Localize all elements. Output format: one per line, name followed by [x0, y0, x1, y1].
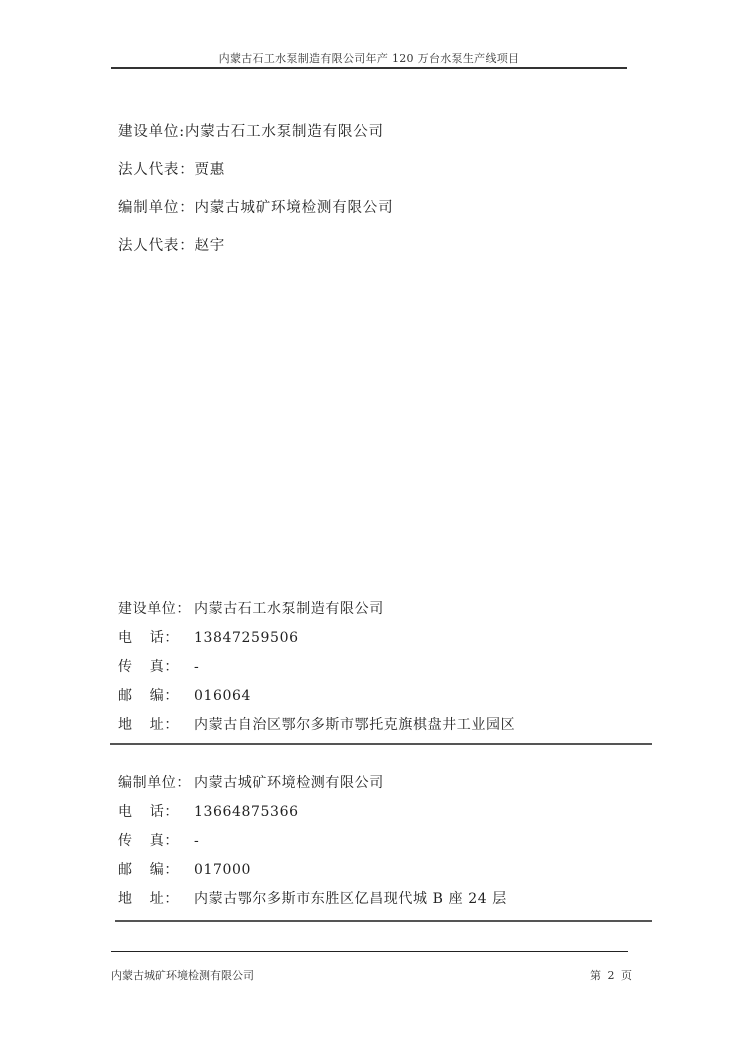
phone-row: 电话：13847259506 [118, 627, 515, 656]
header-divider [111, 67, 627, 69]
fax-value: - [194, 833, 199, 849]
section-divider-2 [115, 920, 652, 922]
unit-name-row: 编制单位：内蒙古城矿环境检测有限公司 [118, 772, 507, 801]
legal-rep-construction-line: 法人代表：贾惠 [118, 159, 393, 197]
footer-divider [111, 951, 628, 952]
label: 法人代表： [118, 238, 195, 254]
postcode-value: 016064 [194, 688, 251, 704]
postcode-value: 017000 [194, 862, 251, 878]
page-header-title: 内蒙古石工水泵制造有限公司年产 120 万台水泵生产线项目 [111, 50, 627, 66]
section-divider [110, 743, 652, 745]
label: 邮编： [118, 859, 179, 881]
legal-rep-preparing-line: 法人代表：赵宇 [118, 235, 393, 273]
responsible-parties: 建设单位:内蒙古石工水泵制造有限公司 法人代表：贾惠 编制单位：内蒙古城矿环境检… [118, 121, 393, 273]
value: 内蒙古城矿环境检测有限公司 [195, 200, 394, 216]
preparing-unit-contact: 编制单位：内蒙古城矿环境检测有限公司 电话：13664875366 传真：- 邮… [118, 772, 507, 917]
fax-row: 传真：- [118, 656, 515, 685]
label: 编制单位： [118, 772, 194, 794]
address-value: 内蒙古自治区鄂尔多斯市鄂托克旗棋盘井工业园区 [194, 717, 515, 733]
phone-value: 13664875366 [194, 804, 299, 820]
value: 内蒙古城矿环境检测有限公司 [194, 775, 384, 791]
address-value: 内蒙古鄂尔多斯市东胜区亿昌现代城 B 座 24 层 [194, 891, 507, 907]
phone-row: 电话：13664875366 [118, 801, 507, 830]
address-row: 地址：内蒙古自治区鄂尔多斯市鄂托克旗棋盘井工业园区 [118, 714, 515, 743]
label: 邮编： [118, 685, 179, 707]
label: 建设单位: [118, 124, 185, 140]
value: 贾惠 [195, 162, 226, 178]
label: 法人代表： [118, 162, 195, 178]
fax-value: - [194, 659, 199, 675]
address-row: 地址：内蒙古鄂尔多斯市东胜区亿昌现代城 B 座 24 层 [118, 888, 507, 917]
label: 传真： [118, 830, 179, 852]
label: 电话： [118, 627, 179, 649]
label: 地址： [118, 888, 179, 910]
label: 地址： [118, 714, 179, 736]
label: 建设单位： [118, 598, 194, 620]
page-number: 第 2 页 [590, 967, 632, 983]
label: 编制单位： [118, 200, 195, 216]
unit-name-row: 建设单位：内蒙古石工水泵制造有限公司 [118, 598, 515, 627]
value: 赵宇 [195, 238, 226, 254]
construction-unit-line: 建设单位:内蒙古石工水泵制造有限公司 [118, 121, 393, 159]
phone-value: 13847259506 [194, 630, 299, 646]
value: 内蒙古石工水泵制造有限公司 [185, 124, 384, 140]
postcode-row: 邮编：017000 [118, 859, 507, 888]
footer-company: 内蒙古城矿环境检测有限公司 [111, 967, 254, 983]
postcode-row: 邮编：016064 [118, 685, 515, 714]
fax-row: 传真：- [118, 830, 507, 859]
value: 内蒙古石工水泵制造有限公司 [194, 601, 384, 617]
label: 传真： [118, 656, 179, 678]
preparing-unit-line: 编制单位：内蒙古城矿环境检测有限公司 [118, 197, 393, 235]
label: 电话： [118, 801, 179, 823]
construction-unit-contact: 建设单位：内蒙古石工水泵制造有限公司 电话：13847259506 传真：- 邮… [118, 598, 515, 743]
